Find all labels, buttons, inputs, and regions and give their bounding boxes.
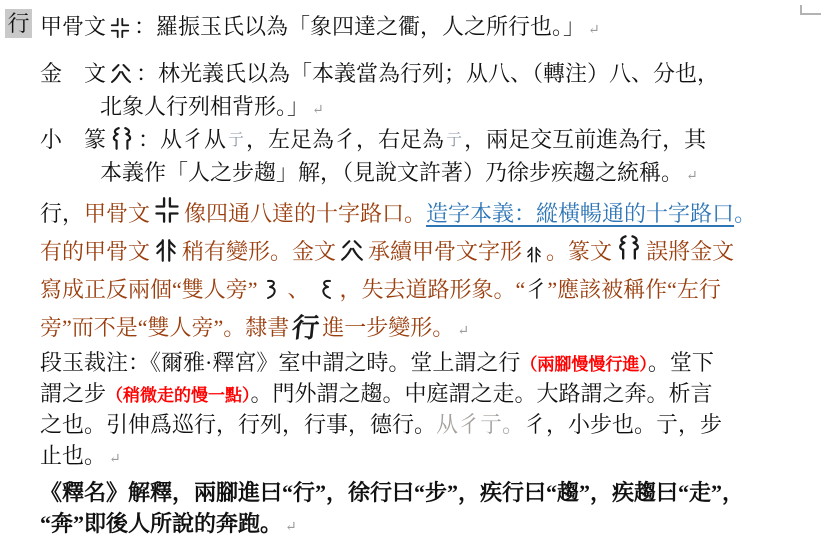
text-run: 誤將金文: [646, 239, 734, 264]
text-run: ，左足為彳，右足為: [246, 127, 444, 152]
seal-chi-right-icon: [313, 271, 337, 309]
text-run: ：从彳从: [138, 127, 226, 152]
text-line: 之也。引伸爲巡行，行列，行事，德行。从彳亍。彳，小步也。亍，步: [40, 409, 824, 440]
text-run: 之也。引伸爲巡行，行列，行事，德行。: [40, 412, 436, 437]
text-run: 甲骨文: [84, 201, 150, 226]
text-run: ”應該被稱作“左行: [547, 277, 721, 302]
text-run: 小 篆: [40, 127, 106, 152]
text-run: 。門外謂之趨。中庭謂之走。大路謂之奔。析言: [251, 381, 713, 406]
text-line: 本義作「人之步趨」解，（見說文許著）乃徐步疾趨之統稱。↵: [40, 156, 824, 189]
text-line: 謂之步（稍微走的慢一點）。門外謂之趨。中庭謂之走。大路謂之奔。析言: [40, 378, 824, 409]
text-run: 金 文: [40, 61, 106, 86]
text-run: ，失去道路形象。“: [340, 277, 526, 302]
text-run: ：林光義氏以為「本義當為行列；从八、（轉注）八、分也，: [136, 61, 719, 86]
text-run: 造字本義：縱橫暢通的十字路口: [426, 201, 734, 226]
text-run: ：羅振玉氏以為「象四達之衢，人之所行也。」: [134, 14, 585, 39]
oracle-crossroad-icon: [153, 195, 181, 233]
text-run: 甲骨文: [40, 14, 106, 39]
bronze-split-icon: [109, 57, 133, 90]
text-run: 。: [734, 201, 756, 226]
text-run: 彳: [525, 277, 547, 302]
clerical-xing-icon: 行: [291, 315, 321, 342]
paragraph-mark-icon: ↵: [457, 324, 469, 339]
text-run: 。篆文: [546, 239, 612, 264]
text-run: 寫成正反兩個“雙人旁”: [40, 277, 258, 302]
text-line: 段玉裁注：《爾雅·釋宮》室中謂之時。堂上謂之行（兩腳慢慢行進）。堂下: [40, 347, 824, 378]
text-line: 寫成正反兩個“雙人旁”、，失去道路形象。“彳”應該被稱作“左行: [40, 271, 824, 309]
text-line: “奔”即後人所說的奔跑。↵: [40, 508, 824, 539]
text-run: （兩腳慢慢行進）: [520, 355, 648, 374]
document-page: 行 甲骨文：羅振玉氏以為「象四達之衢，人之所行也。」↵金 文：林光義氏以為「本義…: [0, 0, 828, 556]
text-run: 行，: [40, 201, 84, 226]
paragraph-mark-icon: ↵: [588, 23, 600, 38]
text-run: 从彳亍。: [436, 412, 524, 437]
text-line: 金 文：林光義氏以為「本義當為行列；从八、（轉注）八、分也，: [40, 57, 824, 90]
text-run: 。堂下: [648, 350, 714, 375]
text-line: 旁”而不是“雙人旁”。隸書行進一步變形。↵: [40, 309, 824, 347]
text-run: 彳，小步也。亍，步: [524, 412, 722, 437]
text-run: 承續甲骨文字形: [368, 239, 522, 264]
text-run: 段玉裁注：《爾雅·釋宮》室中謂之時。堂上謂之行: [40, 350, 520, 375]
seal-chi-left-icon: [261, 271, 285, 309]
text-run: 有的甲骨文: [40, 239, 150, 264]
oracle-crossroad-icon: [109, 10, 131, 43]
oracle-variant-icon: [153, 233, 179, 271]
text-line: 《釋名》解釋，兩腳進曰“行”，徐行曰“步”，疾行曰“趨”，疾趨曰“走”，: [40, 477, 824, 508]
seal-double-icon: [615, 233, 643, 271]
small-chu-glyph-icon: 亍: [446, 132, 462, 149]
text-run: ，兩足交互前進為行，其: [464, 127, 706, 152]
text-line: 行，甲骨文像四通八達的十字路口。造字本義：縱橫暢通的十字路口。: [40, 195, 824, 233]
paragraph-mark-icon: ↵: [109, 452, 121, 467]
document-content: 甲骨文：羅振玉氏以為「象四達之衢，人之所行也。」↵金 文：林光義氏以為「本義當為…: [40, 10, 824, 539]
small-chu-glyph-icon: 亍: [228, 132, 244, 149]
text-run: 北象人行列相背形。」: [100, 94, 309, 119]
text-line: 小 篆：从彳从亍，左足為彳，右足為亍，兩足交互前進為行，其: [40, 123, 824, 156]
bronze-split-icon: [339, 233, 365, 271]
text-line: 有的甲骨文稍有變形。金文承續甲骨文字形。篆文誤將金文: [40, 233, 824, 271]
text-run: 《釋名》解釋，兩腳進曰“行”，徐行曰“步”，疾行曰“趨”，疾趨曰“走”，: [40, 480, 744, 505]
text-run: 謂之步: [40, 381, 106, 406]
text-run: （稍微走的慢一點）: [106, 386, 251, 405]
text-line: 止也。↵: [40, 440, 824, 471]
text-run: 進一步變形。: [322, 315, 454, 340]
text-run: 止也。: [40, 443, 106, 468]
oracle-variant-icon: [525, 233, 543, 271]
text-run: 稍有變形。金文: [182, 239, 336, 264]
margin-highlight-char: 行: [5, 9, 32, 38]
text-run: 像四通八達的十字路口。: [184, 201, 426, 226]
text-line: 北象人行列相背形。」↵: [40, 90, 824, 123]
paragraph-mark-icon: ↵: [285, 520, 297, 535]
text-run: “奔”即後人所說的奔跑。: [40, 511, 282, 536]
seal-double-icon: [109, 123, 135, 156]
paragraph-mark-icon: ↵: [686, 169, 698, 184]
text-run: 、: [288, 277, 310, 302]
text-run: 本義作「人之步趨」解，（見說文許著）乃徐步疾趨之統稱。: [100, 160, 683, 185]
paragraph-mark-icon: ↵: [312, 103, 324, 118]
text-run: 旁”而不是“雙人旁”。隸書: [40, 315, 289, 340]
text-line: 甲骨文：羅振玉氏以為「象四達之衢，人之所行也。」↵: [40, 10, 824, 43]
